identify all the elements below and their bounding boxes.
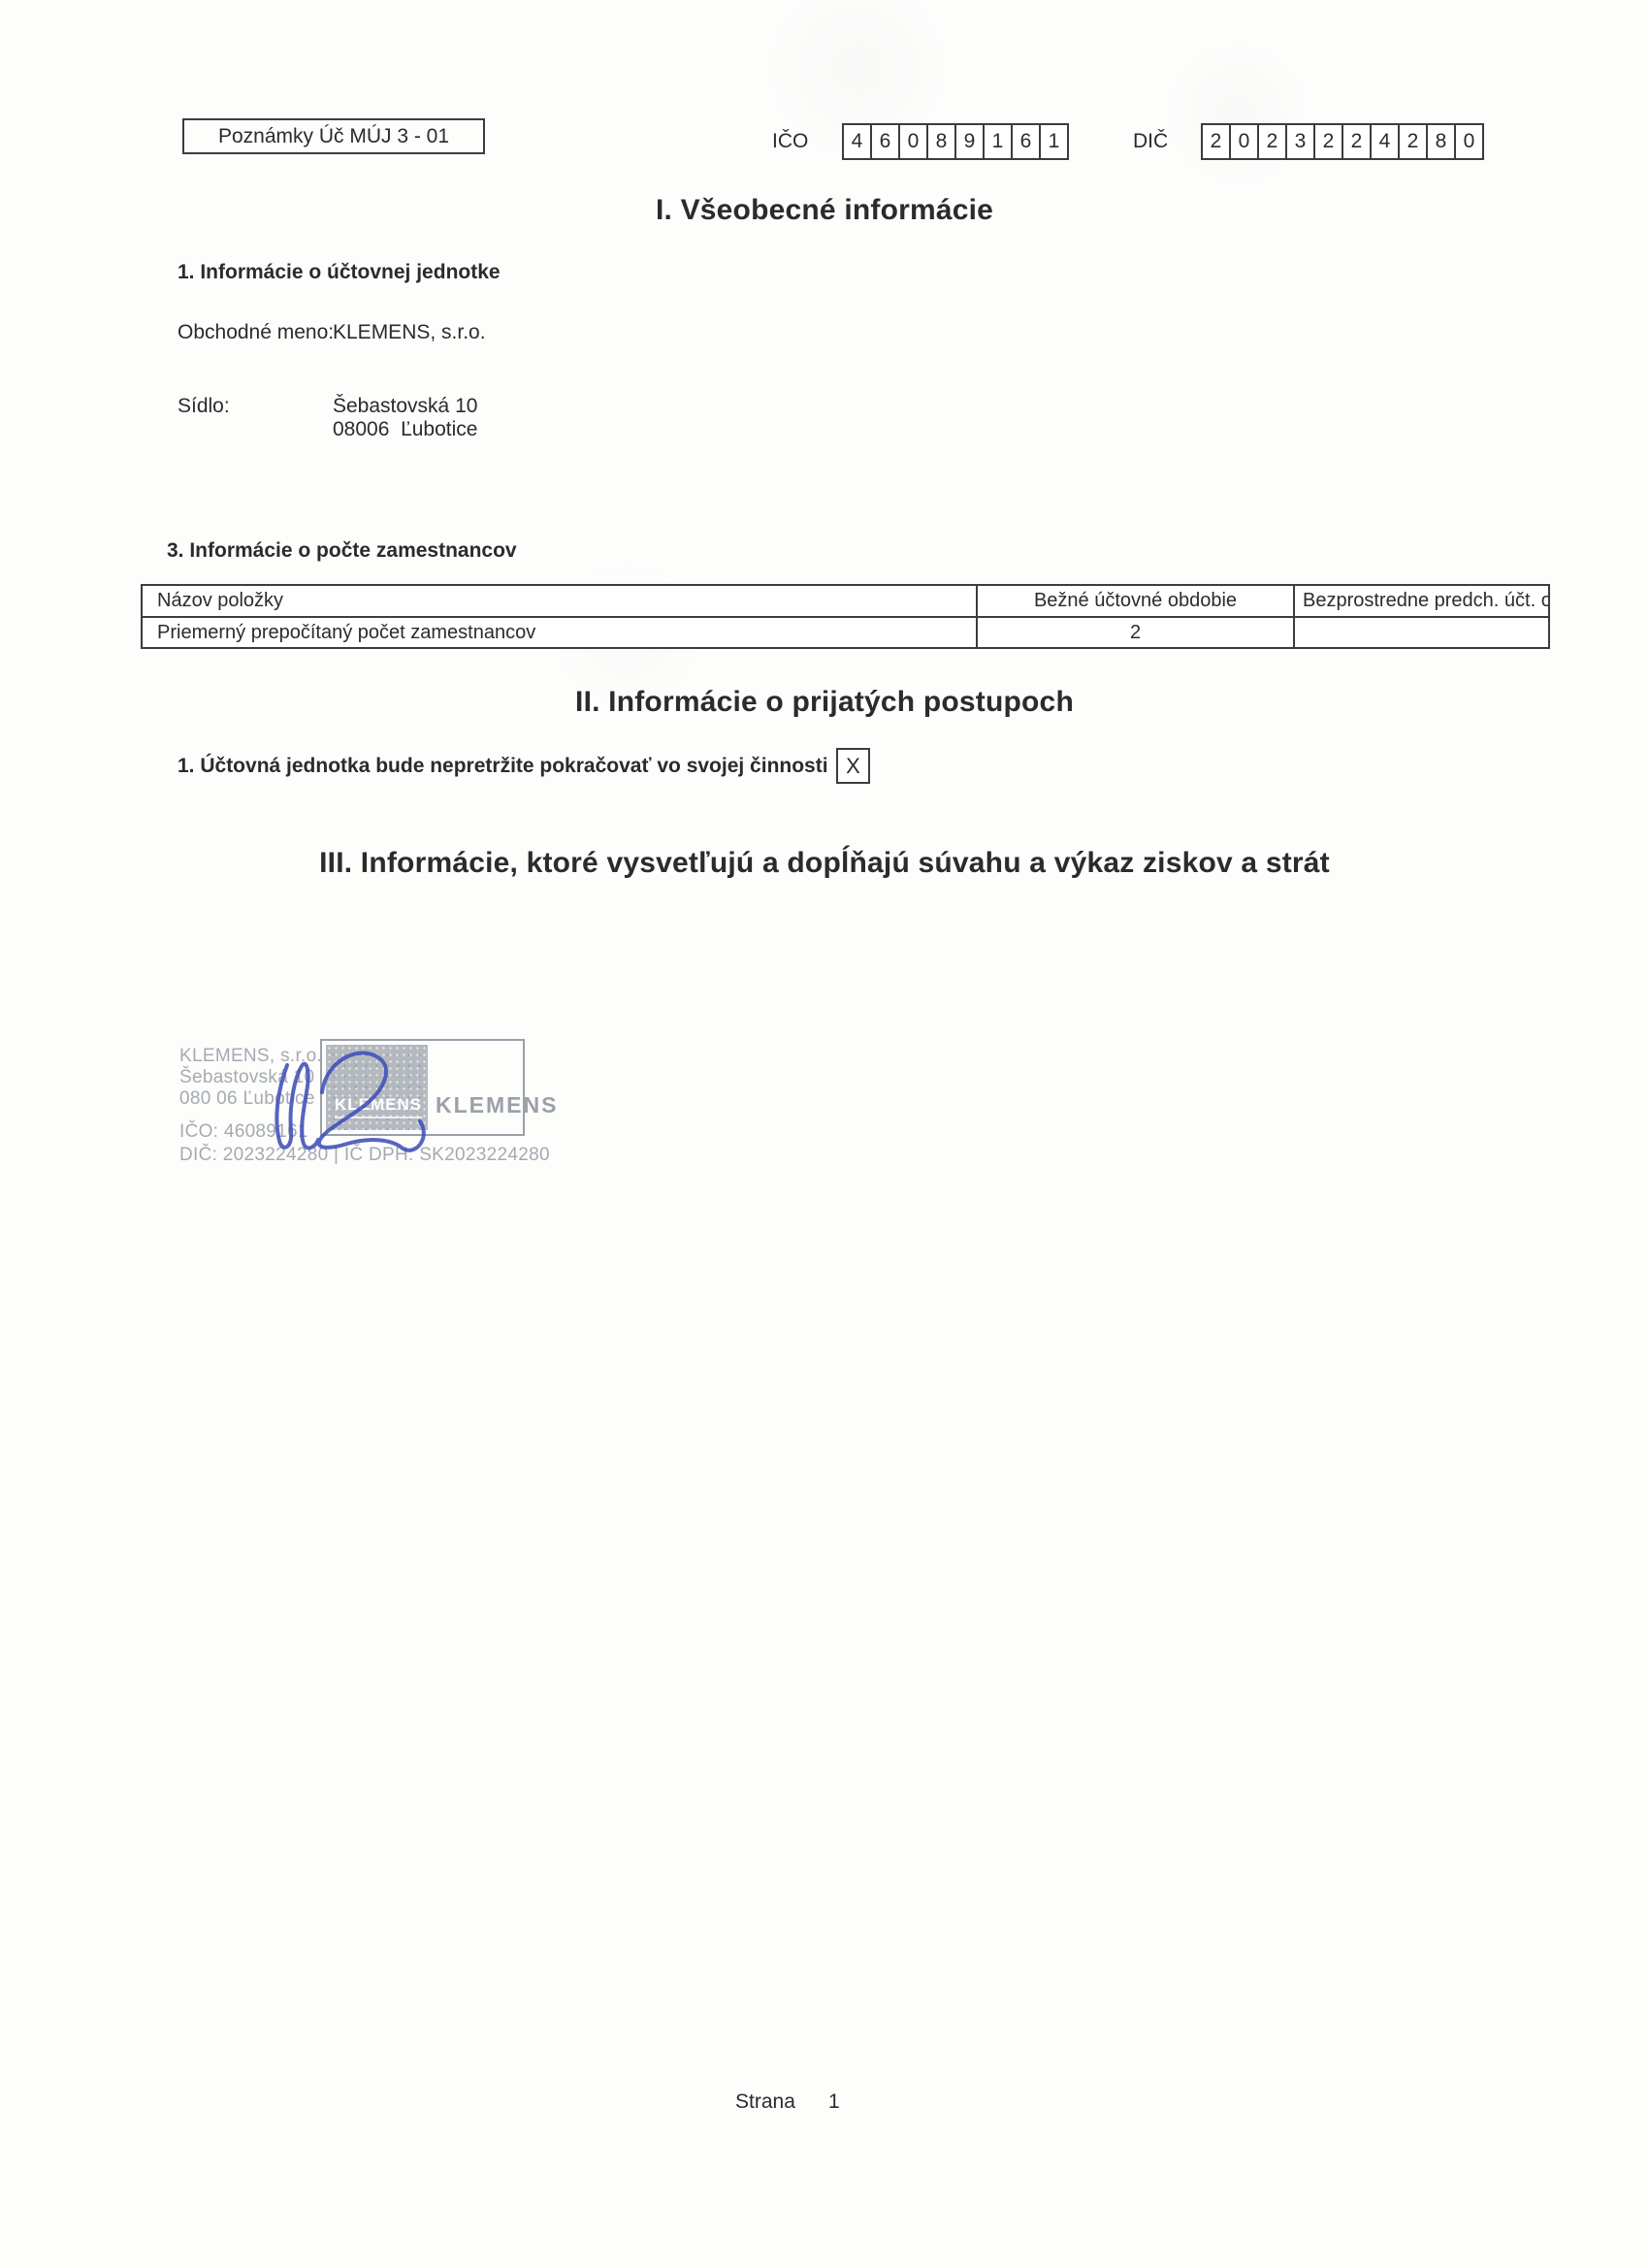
- document-page: Poznámky Úč MÚJ 3 - 01 IČO 4 6 0 8 9 1 6…: [0, 0, 1649, 2268]
- ico-digit: 1: [983, 123, 1013, 160]
- table-row: Priemerný prepočítaný počet zamestnancov…: [143, 616, 1548, 647]
- col-header-previous-period: Bezprostredne predch. účt. obd: [1295, 586, 1548, 616]
- employees-table: Názov položky Bežné účtovné obdobie Bezp…: [141, 584, 1550, 649]
- ico-digit: 6: [870, 123, 900, 160]
- dic-label: DIČ: [1133, 130, 1168, 153]
- dic-digit: 0: [1454, 123, 1484, 160]
- checkbox-mark: X: [846, 754, 860, 779]
- dic-digit: 4: [1370, 123, 1400, 160]
- dic-digit: 2: [1201, 123, 1231, 160]
- ico-digit: 6: [1011, 123, 1041, 160]
- row-item-label: Priemerný prepočítaný počet zamestnancov: [143, 618, 978, 647]
- col-header-current-period: Bežné účtovné obdobie: [978, 586, 1295, 616]
- going-concern-checkbox: X: [836, 748, 870, 784]
- dic-digit: 2: [1398, 123, 1428, 160]
- ico-digit: 1: [1039, 123, 1069, 160]
- business-name-value: KLEMENS, s.r.o.: [333, 321, 486, 344]
- section-1-title: I. Všeobecné informácie: [0, 194, 1649, 227]
- dic-digit: 2: [1257, 123, 1287, 160]
- ico-digit: 9: [954, 123, 985, 160]
- page-footer-number: 1: [828, 2090, 840, 2114]
- dic-digit: 8: [1426, 123, 1456, 160]
- business-name-label: Obchodné meno:: [178, 321, 334, 344]
- section-2-title: II. Informácie o prijatých postupoch: [0, 686, 1649, 719]
- ico-label: IČO: [772, 130, 808, 153]
- dic-digit: 0: [1229, 123, 1259, 160]
- ico-digit: 8: [926, 123, 956, 160]
- registered-office-label: Sídlo:: [178, 395, 230, 418]
- dic-digit: 3: [1285, 123, 1315, 160]
- form-code-label: Poznámky Úč MÚJ 3 - 01: [218, 125, 449, 148]
- dic-digit: 2: [1313, 123, 1343, 160]
- section-3-title: III. Informácie, ktoré vysvetľujú a dopĺ…: [0, 847, 1649, 880]
- employees-title: 3. Informácie o počte zamestnancov: [167, 539, 517, 563]
- ico-digit: 4: [842, 123, 872, 160]
- ico-digit-cells: 4 6 0 8 9 1 6 1: [842, 123, 1069, 160]
- employees-table-header-row: Názov položky Bežné účtovné obdobie Bezp…: [143, 586, 1548, 616]
- registered-office-street: Šebastovská 10: [333, 395, 477, 418]
- col-header-item: Názov položky: [143, 586, 978, 616]
- form-code-box: Poznámky Úč MÚJ 3 - 01: [182, 118, 485, 154]
- entity-info-title: 1. Informácie o účtovnej jednotke: [178, 261, 501, 284]
- row-previous-value: [1295, 618, 1548, 647]
- handwritten-signature: [244, 1034, 458, 1180]
- going-concern-statement: 1. Účtovná jednotka bude nepretržite pok…: [178, 755, 828, 778]
- row-current-value: 2: [978, 618, 1295, 647]
- page-footer-label: Strana: [735, 2090, 795, 2114]
- dic-digit: 2: [1342, 123, 1372, 160]
- dic-digit-cells: 2 0 2 3 2 2 4 2 8 0: [1201, 123, 1484, 160]
- registered-office-city: 08006 Ľubotice: [333, 418, 477, 441]
- ico-digit: 0: [898, 123, 928, 160]
